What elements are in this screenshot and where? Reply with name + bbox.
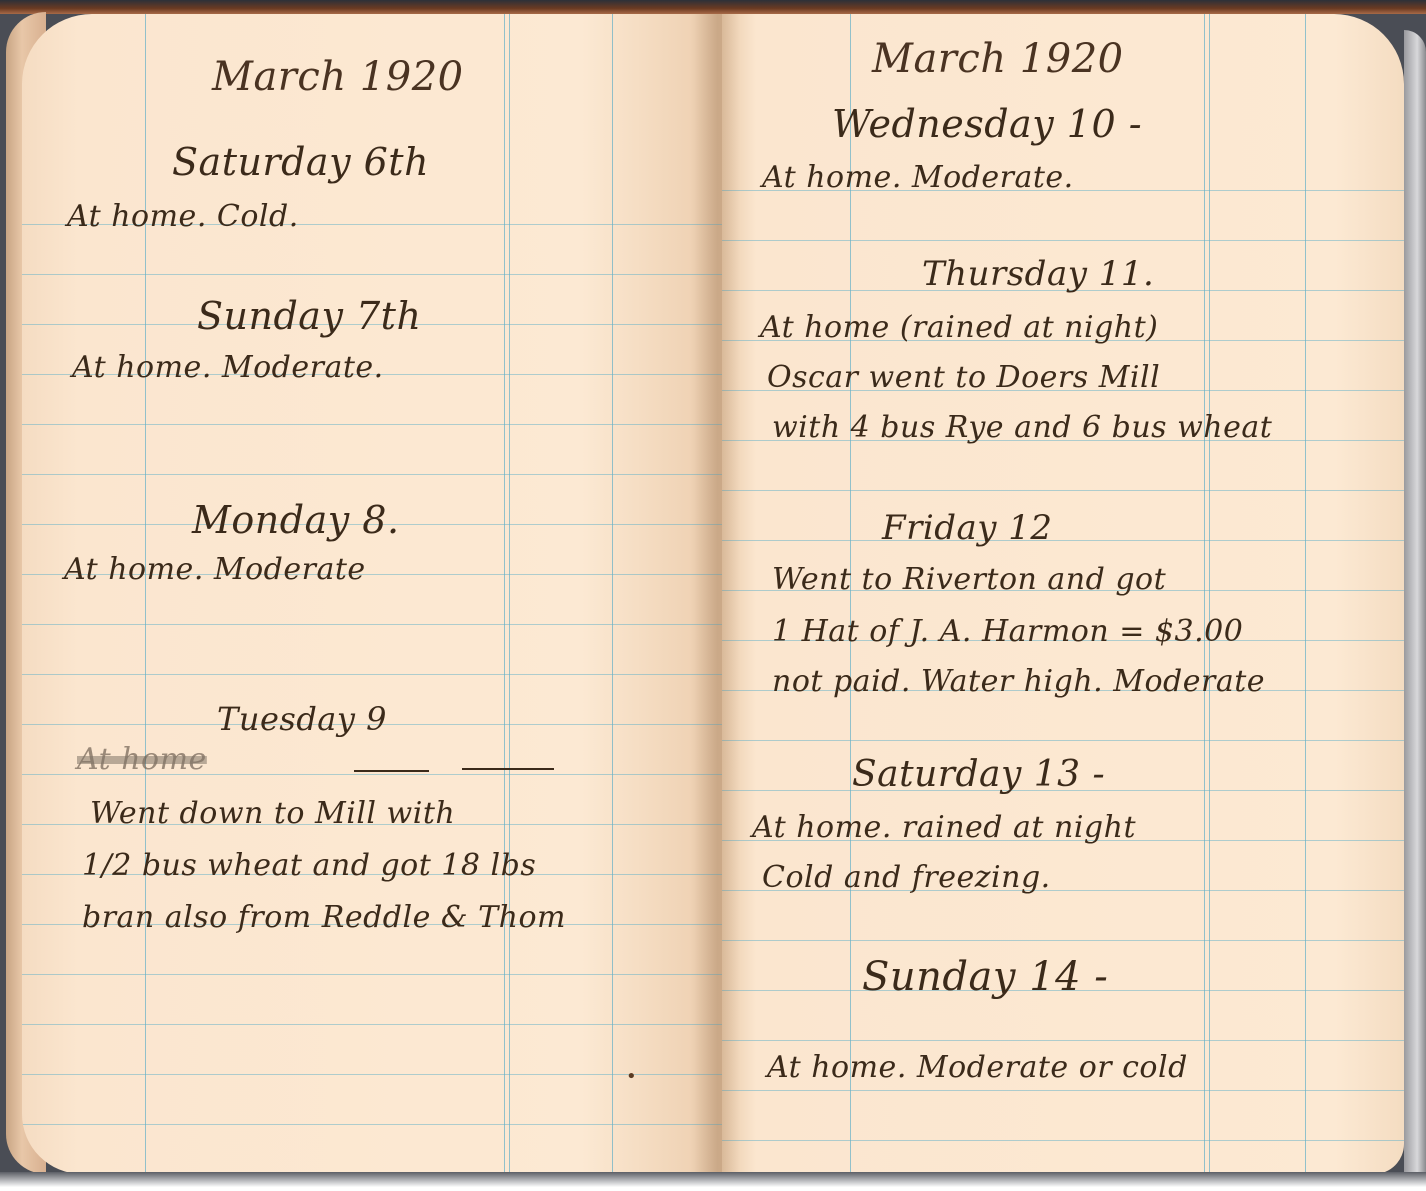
column-line <box>612 14 613 1174</box>
page-heading: March 1920 <box>212 54 464 100</box>
rule-line <box>722 240 1404 241</box>
rule-line <box>22 674 722 675</box>
entry-line: Went down to Mill with <box>90 796 455 831</box>
dash-mark <box>354 770 429 772</box>
entry-line: At home. Moderate. <box>762 160 1074 195</box>
entry-day: Saturday 6th <box>172 140 429 184</box>
left-page: March 1920 Saturday 6th At home. Cold. S… <box>22 14 722 1174</box>
rule-line <box>722 740 1404 741</box>
column-line <box>504 14 510 1174</box>
rule-line <box>722 1140 1404 1141</box>
entry-line: Went to Riverton and got <box>772 562 1166 597</box>
entry-line: not paid. Water high. Moderate <box>772 664 1265 699</box>
entry-day: Saturday 13 - <box>852 754 1105 795</box>
column-line <box>1305 14 1306 1174</box>
entry-line: At home. Cold. <box>67 199 299 234</box>
entry-day: Monday 8. <box>192 498 400 542</box>
notebook-cover-top <box>0 0 1426 14</box>
entry-day: Sunday 14 - <box>862 954 1108 1000</box>
entry-day: Wednesday 10 - <box>832 102 1142 146</box>
rule-line <box>722 490 1404 491</box>
rule-line <box>22 624 722 625</box>
entry-line: At home. Moderate or cold <box>767 1050 1188 1085</box>
rule-line <box>22 1024 722 1025</box>
rule-line <box>722 1040 1404 1041</box>
entry-line: 1/2 bus wheat and got 18 lbs <box>82 848 536 883</box>
struck-text: At home <box>77 742 207 777</box>
notebook-cover-bottom <box>0 1172 1426 1191</box>
page-heading: March 1920 <box>872 36 1124 82</box>
entry-day: Sunday 7th <box>197 294 421 338</box>
entry-line: bran also from Reddle & Thom <box>82 900 566 935</box>
column-line <box>1204 14 1210 1174</box>
entry-line: Oscar went to Doers Mill <box>767 360 1160 395</box>
rule-line <box>722 1090 1404 1091</box>
entry-line: with 4 bus Rye and 6 bus wheat <box>772 410 1272 445</box>
entry-day: Tuesday 9 <box>217 700 387 738</box>
entry-line: Cold and freezing. <box>762 860 1051 895</box>
rule-line <box>22 1124 722 1125</box>
dash-mark <box>462 768 554 770</box>
rule-line <box>722 940 1404 941</box>
entry-line: At home. Moderate. <box>72 350 384 385</box>
notebook-cover-edge <box>1404 30 1426 1180</box>
rule-line <box>722 540 1404 541</box>
right-page: March 1920 Wednesday 10 - At home. Moder… <box>722 14 1404 1174</box>
rule-line <box>22 474 722 475</box>
margin-line <box>145 14 146 1174</box>
entry-day: Friday 12 <box>882 508 1053 548</box>
rule-line <box>22 274 722 275</box>
entry-line: At home. Moderate <box>64 552 366 587</box>
ink-mark: • <box>626 1066 637 1087</box>
entry-day: Thursday 11. <box>922 254 1154 294</box>
rule-line <box>22 1074 722 1075</box>
rule-line <box>22 974 722 975</box>
entry-line: At home. rained at night <box>752 810 1136 845</box>
entry-line: 1 Hat of J. A. Harmon = $3.00 <box>772 614 1243 649</box>
rule-line <box>22 424 722 425</box>
entry-line: At home (rained at night) <box>760 310 1158 345</box>
